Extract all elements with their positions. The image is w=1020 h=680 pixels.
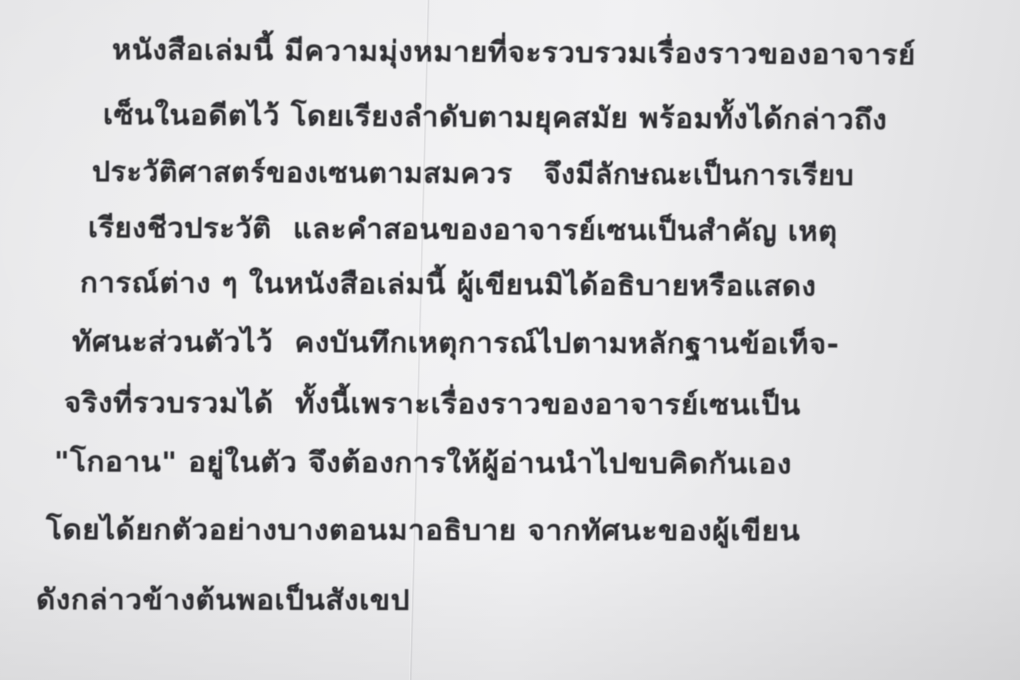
thai-paragraph: หนังสือเล่มนี้ มีความมุ่งหมายที่จะรวบรวม… bbox=[0, 0, 1020, 680]
text-line-1: หนังสือเล่มนี้ มีความมุ่งหมายที่จะรวบรวม… bbox=[112, 30, 916, 75]
text-line-5: การณ์ต่าง ๆ ในหนังสือเล่มนี้ ผู้เขียนมิไ… bbox=[80, 263, 817, 307]
text-line-9: โดยได้ยกตัวอย่างบางตอนมาอธิบาย จากทัศนะข… bbox=[46, 510, 800, 551]
text-line-4: เรียงชีวประวัติ และคำสอนของอาจารย์เซนเป็… bbox=[88, 208, 838, 252]
text-line-8: "โกอาน" อยู่ในตัว จึงต้องการให้ผู้อ่านนำ… bbox=[54, 442, 792, 484]
paper-page: หนังสือเล่มนี้ มีความมุ่งหมายที่จะรวบรวม… bbox=[0, 0, 1020, 680]
text-line-2: เซ็นในอดีตไว้ โดยเรียงลำดับตามยุคสมัย พร… bbox=[103, 95, 888, 140]
text-line-6: ทัศนะส่วนตัวไว้ คงบันทึกเหตุการณ์ไปตามหล… bbox=[72, 322, 839, 365]
text-line-3: ประวัติศาสตร์ของเซนตามสมควร จึงมีลักษณะเ… bbox=[92, 152, 854, 196]
text-line-10: ดังกล่าวข้างต้นพอเป็นสังเขป bbox=[36, 580, 410, 621]
text-line-7: จริงที่รวบรวมได้ ทั้งนี้เพราะเรื่องราวขอ… bbox=[64, 383, 801, 425]
